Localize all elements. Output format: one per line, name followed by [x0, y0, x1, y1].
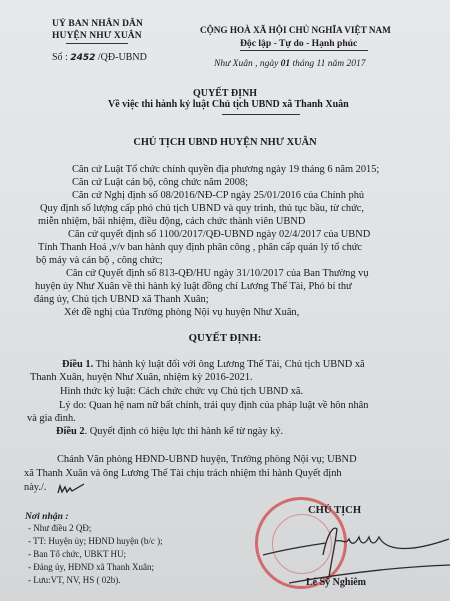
number-suffix: /QĐ-UBND	[98, 52, 147, 63]
issuing-authority: CHỦ TỊCH UBND HUYỆN NHƯ XUÂN	[0, 137, 450, 148]
discipline-form: Hình thức kỷ luật: Cách chức chức vụ Chủ…	[60, 386, 303, 397]
preamble-line: đảng ủy, Chủ tịch UBND xã Thanh Xuân;	[34, 294, 209, 305]
decision-heading: QUYẾT ĐỊNH:	[0, 332, 450, 344]
execution-line-3: này./.	[24, 482, 46, 493]
document-subject: Về việc thi hành kỷ luật Chủ tịch UBND x…	[108, 99, 349, 110]
preamble-line: bộ máy và cán bộ , công chức;	[36, 255, 163, 266]
preamble-line: Tỉnh Thanh Hoá ,v/v ban hành quy định ph…	[38, 242, 362, 253]
article-1-text: Thi hành kỷ luật đối với ông Lương Thế T…	[93, 359, 364, 370]
article-2: Điều 2. Quyết định có hiệu lực thi hành …	[56, 426, 283, 437]
preamble-line: Căn cứ Luật cán bộ, công chức năm 2008;	[72, 177, 248, 188]
subject-underline	[222, 114, 300, 115]
discipline-reason: Lý do: Quan hệ nam nữ bất chính, trái qu…	[59, 400, 368, 411]
document-title: QUYẾT ĐỊNH	[0, 88, 450, 99]
initial-mark-icon	[56, 483, 86, 495]
recipient-item: - Như điều 2 QĐ;	[28, 523, 91, 533]
issuing-agency: UỶ BAN NHÂN DÂN HUYỆN NHƯ XUÂN	[52, 18, 143, 42]
preamble-line: Căn cứ Quyết định số 813-QĐ/HU ngày 31/1…	[66, 268, 369, 279]
execution-line-1: Chánh Văn phòng HĐND-UBND huyện, Trưởng …	[57, 454, 357, 465]
article-2-text: . Quyết định có hiệu lực thi hành kể từ …	[85, 426, 284, 437]
article-1: Điều 1. Thi hành kỷ luật đối với ông Lươ…	[62, 359, 365, 370]
date-month-year: tháng 11 năm 2017	[293, 59, 366, 69]
number-label: Số :	[52, 52, 68, 63]
preamble-line: Xét đề nghị của Trường phòng Nội vụ huyệ…	[64, 307, 299, 318]
number-value: 2452	[70, 53, 95, 63]
article-1-line-2: Thanh Xuân, huyện Như Xuân, nhiệm kỳ 201…	[30, 372, 253, 383]
recipient-item: - Ban Tổ chức, UBKT HU;	[28, 549, 126, 559]
recipient-item: - Đảng ủy, HĐND xã Thanh Xuân;	[28, 562, 154, 572]
motto-underline	[240, 50, 368, 51]
date-prefix: Như Xuân , ngày	[214, 59, 278, 69]
execution-line-2: xã Thanh Xuân và ông Lương Thế Tài chịu …	[24, 468, 342, 479]
agency-line-2: HUYỆN NHƯ XUÂN	[52, 30, 143, 42]
issue-date: Như Xuân , ngày 01 tháng 11 năm 2017	[214, 59, 365, 69]
agency-underline	[66, 43, 128, 44]
preamble-line: huyện ủy Như Xuân về thi hành kỷ luật đồ…	[35, 281, 352, 292]
preamble-line: Căn cứ Luật Tổ chức chính quyền địa phươ…	[72, 164, 379, 175]
preamble-line: Căn cứ quyết định số 1100/2017/QĐ-UBND n…	[68, 229, 370, 240]
discipline-reason-line-2: và gia đình.	[27, 413, 76, 424]
agency-line-1: UỶ BAN NHÂN DÂN	[52, 18, 143, 30]
date-day: 01	[281, 59, 291, 69]
article-2-label: Điều 2	[56, 426, 85, 437]
preamble-line: Quy định số lượng cấp phó chủ tịch UBND …	[40, 203, 364, 214]
signature-icon	[255, 515, 450, 585]
article-1-label: Điều 1.	[62, 359, 93, 370]
recipients-title: Nơi nhận :	[25, 511, 69, 522]
preamble-line: Căn cứ Nghị định số 08/2016/NĐ-CP ngày 2…	[72, 190, 364, 201]
document-number: Số : 2452 /QĐ-UBND	[52, 52, 147, 63]
recipient-item: - TT: Huyện ủy; HĐND huyện (b/c );	[28, 536, 163, 546]
country-name: CỘNG HOÀ XÃ HỘI CHỦ NGHĨA VIỆT NAM	[200, 25, 391, 35]
national-motto: Độc lập - Tự do - Hạnh phúc	[240, 38, 357, 49]
preamble-line: miễn nhiệm, bãi nhiệm, điều động, cách c…	[38, 216, 305, 227]
recipient-item: - Lưu:VT, NV, HS ( 02b).	[28, 575, 121, 585]
signer-name: Lê Sỹ Nghiêm	[306, 577, 366, 588]
